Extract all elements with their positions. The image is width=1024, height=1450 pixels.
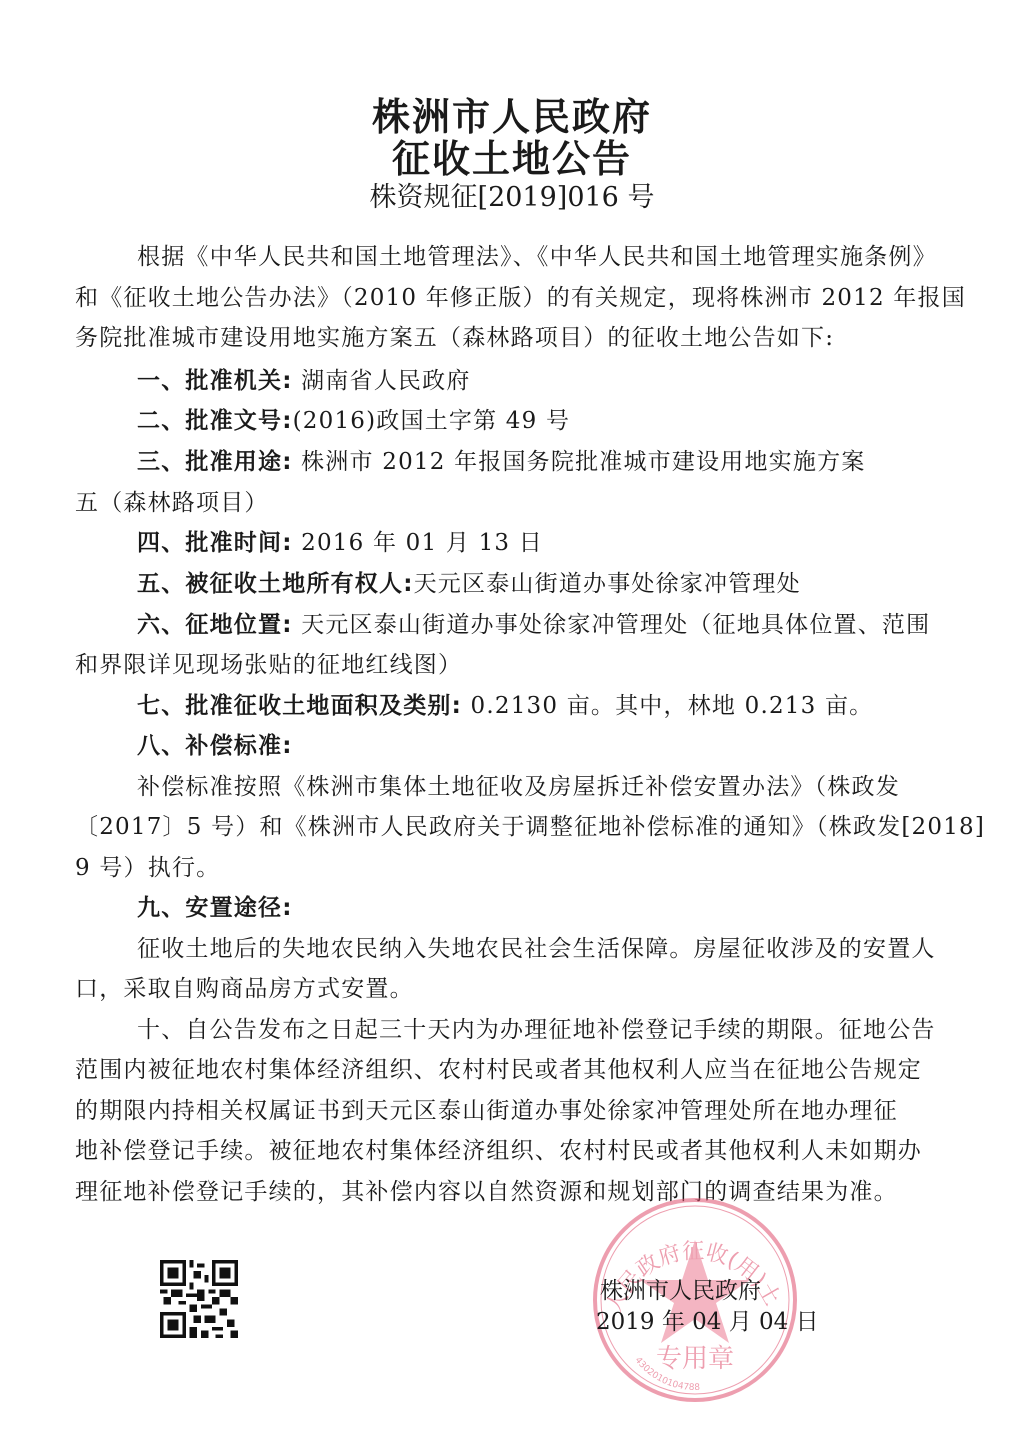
qr-code-icon[interactable] bbox=[160, 1260, 238, 1338]
item-location: 六、征地位置: 天元区泰山街道办事处徐家冲管理处（征地具体位置、范围 bbox=[137, 606, 997, 639]
svg-text:专用章: 专用章 bbox=[656, 1344, 734, 1374]
intro-line: 务院批准城市建设用地实施方案五（森林路项目）的征收土地公告如下: bbox=[75, 319, 935, 352]
intro-line: 和《征收土地公告办法》（2010 年修正版）的有关规定，现将株洲市 2012 年… bbox=[75, 279, 935, 312]
item-approval-purpose-cont: 五（森林路项目） bbox=[75, 484, 935, 517]
document-number: 株资规征[2019]016 号 bbox=[0, 175, 1024, 214]
signature-issuer: 株洲市人民政府 bbox=[600, 1272, 761, 1305]
item10-line: 范围内被征地农村集体经济组织、农村村民或者其他权利人应当在征地公告规定 bbox=[75, 1051, 935, 1084]
item10-line: 的期限内持相关权属证书到天元区泰山街道办事处徐家冲管理处所在地办理征 bbox=[75, 1092, 935, 1125]
item-location-cont: 和界限详见现场张贴的征地红线图） bbox=[75, 646, 935, 679]
item10-line: 地补偿登记手续。被征地农村集体经济组织、农村村民或者其他权利人未如期办 bbox=[75, 1132, 935, 1165]
compensation-line: 〔2017〕5 号）和《株洲市人民政府关于调整征地补偿标准的通知》（株政发[20… bbox=[75, 808, 935, 841]
resettlement-line: 口，采取自购商品房方式安置。 bbox=[75, 970, 935, 1003]
item10-line: 十、自公告发布之日起三十天内为办理征地补偿登记手续的期限。征地公告 bbox=[137, 1011, 997, 1044]
item-area: 七、批准征收土地面积及类别: 0.2130 亩。其中，林地 0.213 亩。 bbox=[137, 687, 997, 720]
item-resettlement-heading: 九、安置途径: bbox=[137, 889, 997, 922]
item-approval-purpose: 三、批准用途: 株洲市 2012 年报国务院批准城市建设用地实施方案 bbox=[137, 443, 997, 476]
signature-date: 2019 年 04 月 04 日 bbox=[596, 1303, 819, 1336]
item-approval-date: 四、批准时间: 2016 年 01 月 13 日 bbox=[137, 524, 997, 557]
item-compensation-heading: 八、补偿标准: bbox=[137, 727, 997, 760]
item10-line: 理征地补偿登记手续的，其补偿内容以自然资源和规划部门的调查结果为准。 bbox=[75, 1173, 935, 1206]
resettlement-line: 征收土地后的失地农民纳入失地农民社会生活保障。房屋征收涉及的安置人 bbox=[137, 930, 997, 963]
compensation-line: 9 号）执行。 bbox=[75, 849, 935, 882]
item-approval-authority: 一、批准机关: 湖南省人民政府 bbox=[137, 362, 997, 395]
compensation-line: 补偿标准按照《株洲市集体土地征收及房屋拆迁补偿安置办法》（株政发 bbox=[137, 768, 997, 801]
item-land-owner: 五、被征收土地所有权人:天元区泰山街道办事处徐家冲管理处 bbox=[137, 565, 997, 598]
item-approval-number: 二、批准文号:(2016)政国土字第 49 号 bbox=[137, 402, 997, 435]
intro-line: 根据《中华人民共和国土地管理法》、《中华人民共和国土地管理实施条例》 bbox=[137, 238, 997, 271]
